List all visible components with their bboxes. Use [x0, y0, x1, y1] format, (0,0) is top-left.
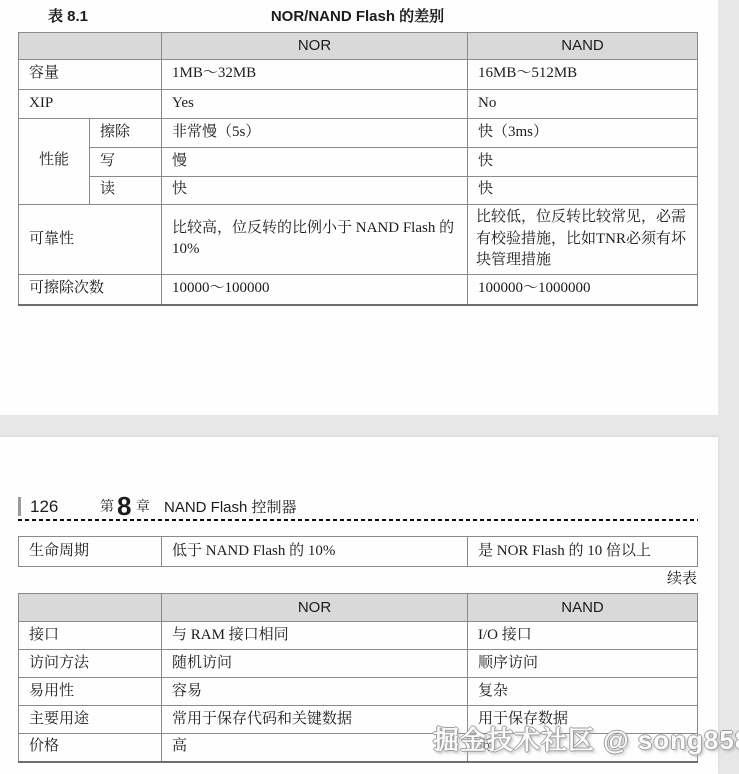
- row-label: 接口: [19, 622, 162, 650]
- row-sublabel: 写: [90, 147, 162, 176]
- nor-value: 快: [162, 176, 468, 204]
- table-caption-title: NOR/NAND Flash 的差别: [18, 6, 697, 28]
- row-label: 主要用途: [19, 706, 162, 734]
- table-header-row: NOR NAND: [19, 33, 698, 60]
- header-nand: NAND: [468, 33, 698, 60]
- table-row: 易用性 容易 复杂: [19, 678, 698, 706]
- nand-value: 快: [468, 147, 698, 176]
- nor-value: 1MB～32MB: [162, 59, 468, 89]
- row-sublabel: 读: [90, 176, 162, 204]
- table-row: 可靠性 比较高，位反转的比例小于 NAND Flash 的 10% 比较低，位反…: [19, 204, 698, 274]
- document-viewport: { "colors": { "header_bg": "#d9d9d9", "t…: [0, 0, 739, 774]
- nor-value: 非常慢（5s）: [162, 118, 468, 147]
- nor-value: 随机访问: [162, 650, 468, 678]
- nor-value: 容易: [162, 678, 468, 706]
- nand-value: 快: [468, 176, 698, 204]
- table-row: 容量 1MB～32MB 16MB～512MB: [19, 59, 698, 89]
- nand-value: 16MB～512MB: [468, 59, 698, 89]
- chapter-prefix: 第: [100, 496, 114, 516]
- nand-value: I/O 接口: [468, 622, 698, 650]
- nor-value: 高: [162, 734, 468, 762]
- nand-value: 快（3ms）: [468, 118, 698, 147]
- row-label: 容量: [19, 59, 162, 89]
- row-sublabel: 擦除: [90, 118, 162, 147]
- chapter-number: 8: [117, 493, 131, 519]
- header-nand: NAND: [468, 594, 698, 622]
- table-row: XIP Yes No: [19, 89, 698, 118]
- nand-value: 顺序访问: [468, 650, 698, 678]
- table-row: 可擦除次数 10000～100000 100000～1000000: [19, 275, 698, 305]
- page-top: 表 8.1 NOR/NAND Flash 的差别 NOR NAND 容量 1MB…: [0, 0, 718, 415]
- table-row: 读 快 快: [19, 176, 698, 204]
- running-header: 126 第 8 章 NAND Flash 控制器: [18, 493, 697, 519]
- nand-value: No: [468, 89, 698, 118]
- nor-value: 低于 NAND Flash 的 10%: [162, 537, 468, 567]
- table-header-row: NOR NAND: [19, 594, 698, 622]
- header-empty-cell: [19, 594, 162, 622]
- nor-value: 10000～100000: [162, 275, 468, 305]
- row-label: 可擦除次数: [19, 275, 162, 305]
- flash-comparison-table-overflow-row: 生命周期 低于 NAND Flash 的 10% 是 NOR Flash 的 1…: [18, 536, 698, 567]
- header-nor: NOR: [162, 594, 468, 622]
- table-row: 访问方法 随机访问 顺序访问: [19, 650, 698, 678]
- nand-value: 复杂: [468, 678, 698, 706]
- nand-value: 是 NOR Flash 的 10 倍以上: [468, 537, 698, 567]
- header-nor: NOR: [162, 33, 468, 60]
- page-number: 126: [30, 497, 58, 517]
- nor-value: 慢: [162, 147, 468, 176]
- table-caption: 表 8.1 NOR/NAND Flash 的差别: [18, 6, 697, 28]
- nor-value: 常用于保存代码和关键数据: [162, 706, 468, 734]
- row-label: 价格: [19, 734, 162, 762]
- nor-value: 比较高，位反转的比例小于 NAND Flash 的 10%: [162, 204, 468, 274]
- table-row: 写 慢 快: [19, 147, 698, 176]
- chapter-title: NAND Flash 控制器: [164, 496, 297, 517]
- chapter-suffix: 章: [136, 496, 150, 516]
- nand-value: 比较低，位反转比较常见，必需有校验措施，比如TNR必须有坏块管理措施: [468, 204, 698, 274]
- nor-value: 与 RAM 接口相同: [162, 622, 468, 650]
- continued-table-label: 续表: [18, 567, 697, 588]
- row-label: 访问方法: [19, 650, 162, 678]
- table-row: 接口 与 RAM 接口相同 I/O 接口: [19, 622, 698, 650]
- row-group-label: 性能: [19, 118, 90, 204]
- site-watermark: 掘金技术社区 @ song858: [433, 720, 739, 757]
- table-row: 生命周期 低于 NAND Flash 的 10% 是 NOR Flash 的 1…: [19, 537, 698, 567]
- header-empty-cell: [19, 33, 162, 60]
- row-label: 可靠性: [19, 204, 162, 274]
- row-label: XIP: [19, 89, 162, 118]
- page-number-bar: [18, 497, 21, 516]
- nor-value: Yes: [162, 89, 468, 118]
- flash-comparison-table: NOR NAND 容量 1MB～32MB 16MB～512MB XIP Yes …: [18, 32, 698, 306]
- row-label: 生命周期: [19, 537, 162, 567]
- nand-value: 100000～1000000: [468, 275, 698, 305]
- row-label: 易用性: [19, 678, 162, 706]
- table-row: 性能 擦除 非常慢（5s） 快（3ms）: [19, 118, 698, 147]
- running-header-divider: [18, 519, 698, 521]
